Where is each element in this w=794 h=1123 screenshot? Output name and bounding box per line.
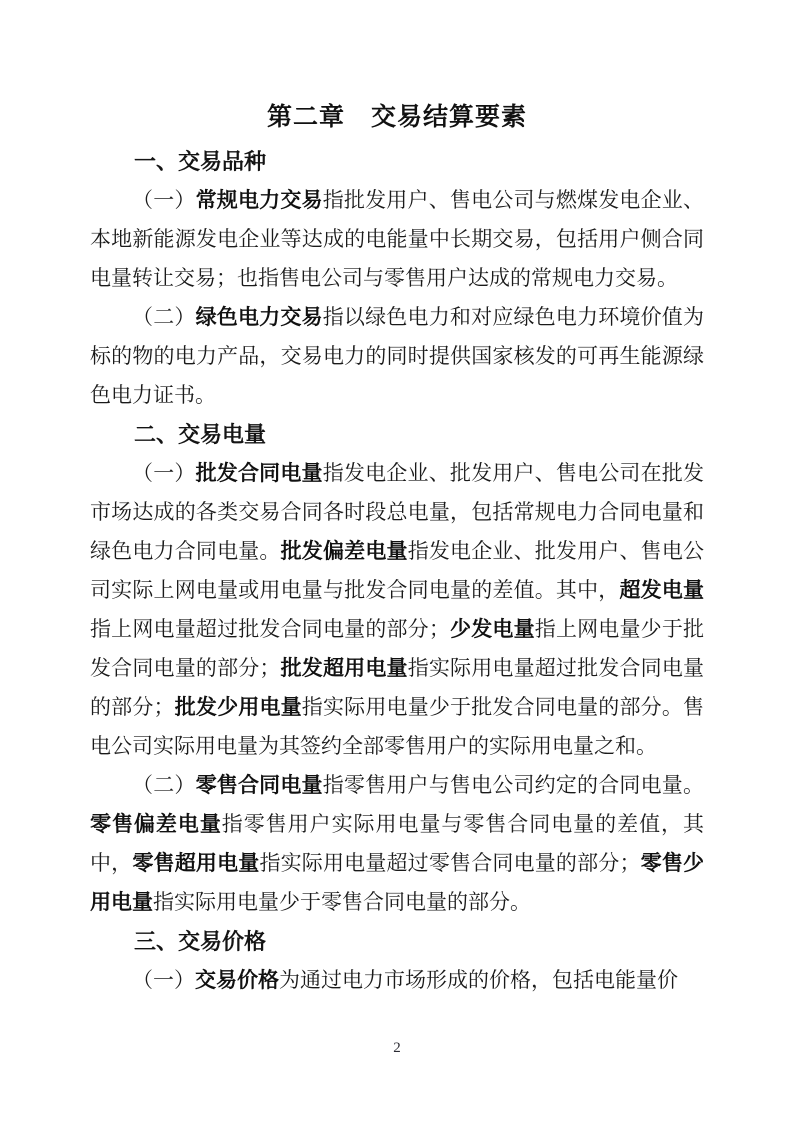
key-term: 交易价格	[195, 968, 279, 992]
document-page: 第二章 交易结算要素 一、交易品种（一）常规电力交易指批发用户、售电公司与燃煤发…	[0, 0, 794, 1123]
text-segment: 指上网电量超过批发合同电量的部分；	[90, 617, 450, 641]
text-segment: （一）	[132, 188, 196, 212]
text-segment: （二）	[132, 773, 196, 797]
paragraph: （二）零售合同电量指零售用户与售电公司约定的合同电量。零售偏差电量指零售用户实际…	[90, 766, 704, 922]
section-heading: 三、交易价格	[90, 922, 704, 961]
key-term: 零售偏差电量	[90, 812, 222, 836]
text-segment: （一）	[132, 461, 196, 485]
key-term: 批发合同电量	[196, 461, 323, 485]
key-term: 批发偏差电量	[281, 539, 408, 563]
text-segment: （二）	[132, 305, 196, 329]
key-term: 绿色电力交易	[196, 305, 323, 329]
key-term: 批发超用电量	[280, 656, 407, 680]
text-segment: 为通过电力市场形成的价格，包括电能量价	[279, 968, 678, 992]
text-segment: 指实际用电量少于零售合同电量的部分。	[153, 890, 531, 914]
document-body: 一、交易品种（一）常规电力交易指批发用户、售电公司与燃煤发电企业、本地新能源发电…	[90, 142, 704, 1000]
text-segment: 指实际用电量超过零售合同电量的部分；	[259, 851, 640, 875]
paragraph: （一）常规电力交易指批发用户、售电公司与燃煤发电企业、本地新能源发电企业等达成的…	[90, 181, 704, 298]
key-term: 批发少用电量	[175, 695, 302, 719]
paragraph: （一）批发合同电量指发电企业、批发用户、售电公司在批发市场达成的各类交易合同各时…	[90, 454, 704, 766]
section-heading: 二、交易电量	[90, 415, 704, 454]
key-term: 常规电力交易	[196, 188, 323, 212]
paragraph: （二）绿色电力交易指以绿色电力和对应绿色电力环境价值为标的物的电力产品，交易电力…	[90, 298, 704, 415]
paragraph: （一）交易价格为通过电力市场形成的价格，包括电能量价	[90, 961, 704, 1000]
key-term: 零售超用电量	[132, 851, 259, 875]
text-segment: 指零售用户与售电公司约定的合同电量。	[323, 773, 704, 797]
section-heading: 一、交易品种	[90, 142, 704, 181]
chapter-title: 第二章 交易结算要素	[90, 100, 704, 134]
key-term: 零售合同电量	[196, 773, 323, 797]
page-number: 2	[0, 1038, 794, 1058]
text-segment: （一）	[132, 968, 195, 992]
key-term: 少发电量	[450, 617, 535, 641]
key-term: 超发电量	[619, 578, 704, 602]
